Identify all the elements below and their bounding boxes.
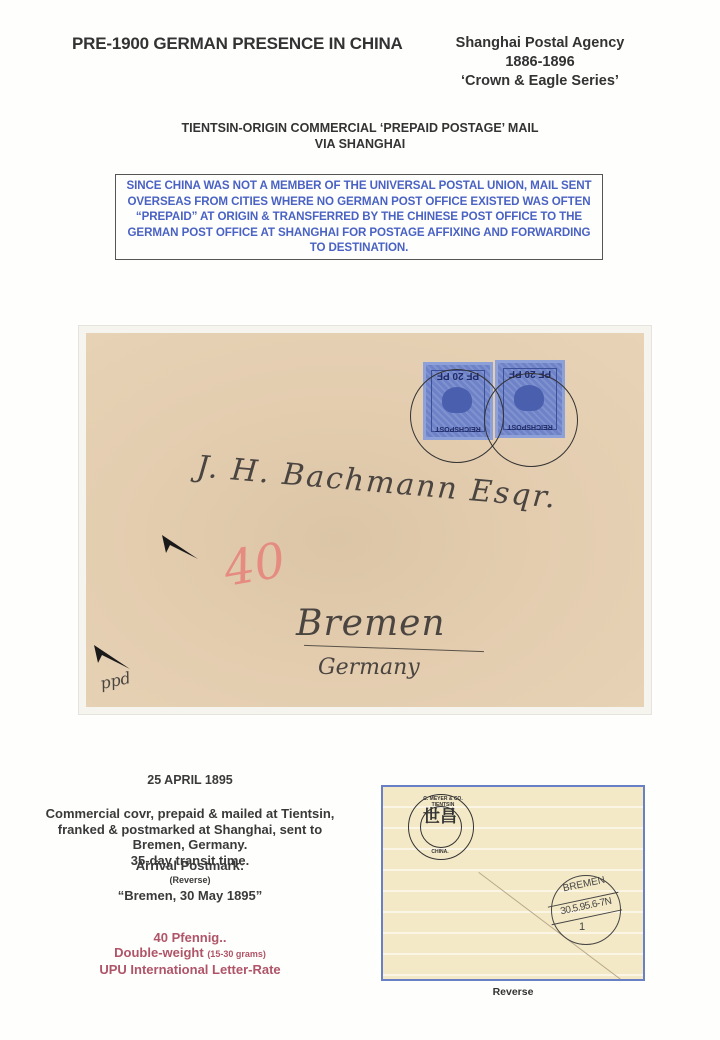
exhibit-subtitle: TIENTSIN-ORIGIN COMMERCIAL ‘PREPAID POST… [120, 120, 600, 152]
agency-years: 1886-1896 [420, 53, 660, 72]
series-name: ‘Crown & Eagle Series’ [420, 72, 660, 91]
description-line: Bremen, Germany. [20, 837, 360, 853]
rate-amount: 40 Pfennig.. [20, 930, 360, 945]
rate-weight-note: (15-30 grams) [207, 949, 266, 959]
address-country: Germany [318, 655, 420, 680]
address-city: Bremen [296, 603, 446, 644]
arrival-note: (Reverse) [20, 873, 360, 888]
subtitle-line-2: VIA SHANGHAI [120, 136, 600, 152]
subtitle-line-1: TIENTSIN-ORIGIN COMMERCIAL ‘PREPAID POST… [120, 120, 600, 136]
description-line: Commercial covr, prepaid & mailed at Tie… [20, 806, 360, 822]
info-text: SINCE CHINA WAS NOT A MEMBER OF THE UNIV… [124, 178, 594, 256]
arrival-value: “Bremen, 30 May 1895” [20, 888, 360, 903]
agency-heading: Shanghai Postal Agency 1886-1896 ‘Crown … [420, 34, 660, 91]
seal-chinese-chars: 世昌 [420, 809, 460, 825]
shanghai-cancel-right [484, 373, 578, 467]
seal-top-text: C. MEYER & CO. TIENTSIN [416, 796, 470, 808]
postage-rate: 40 Pfennig.. Double-weight (15-30 grams)… [20, 930, 360, 977]
description-line: franked & postmarked at Shanghai, sent t… [20, 822, 360, 838]
reverse-label: Reverse [381, 986, 645, 998]
cover-reverse-image: 世昌 C. MEYER & CO. TIENTSIN CHINA. BREMEN… [381, 785, 645, 981]
arrival-label: Arrival Postmark: [20, 858, 360, 873]
info-box: SINCE CHINA WAS NOT A MEMBER OF THE UNIV… [115, 174, 603, 260]
city-underline [304, 645, 484, 652]
rate-type: UPU International Letter-Rate [20, 962, 360, 977]
agency-name: Shanghai Postal Agency [420, 34, 660, 53]
page-title: PRE-1900 GERMAN PRESENCE IN CHINA [72, 34, 403, 54]
pointer-arrow-icon [92, 643, 132, 673]
seal-bottom-text: CHINA. [425, 849, 455, 855]
postmark-number: 1 [579, 921, 585, 933]
rate-weight-main: Double-weight [114, 945, 204, 960]
pointer-arrow-icon [160, 533, 200, 563]
rate-weight: Double-weight (15-30 grams) [20, 945, 360, 962]
addressee-name: J. H. Bachmann Esqr. [195, 449, 558, 515]
arrival-postmark: Arrival Postmark: (Reverse) “Bremen, 30 … [20, 858, 360, 903]
cover-front: PF 20 PF REICHSPOST PF 20 PF REICHSPOST … [86, 333, 644, 707]
cover-date: 25 APRIL 1895 [20, 773, 360, 787]
manuscript-rate: 40 [220, 532, 290, 598]
